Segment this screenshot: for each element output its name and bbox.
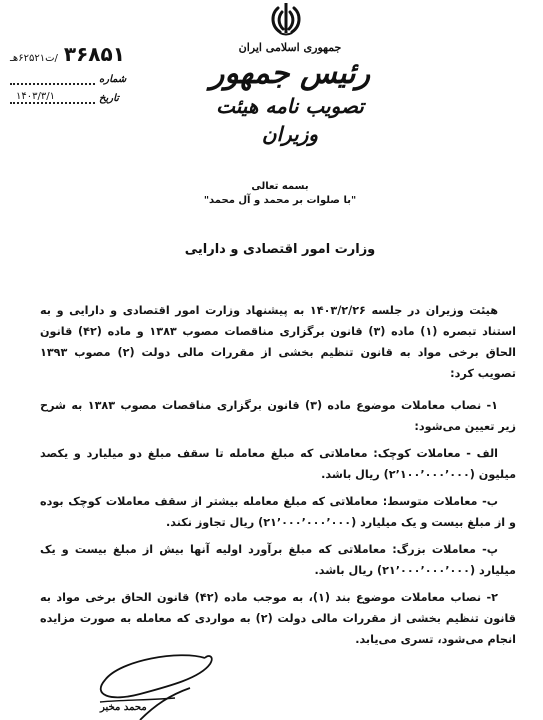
clause-1: ۱- نصاب معاملات موضوع ماده (۳) قانون برگ… bbox=[40, 395, 516, 437]
reference-block: /ت۶۲۵۲۱هـ ۳۶۸۵۱ شماره ۱۴۰۳/۳/۱ تاریخ bbox=[10, 42, 160, 104]
country-name: جمهوری اسلامی ایران bbox=[200, 40, 380, 56]
number-dotted-line bbox=[10, 73, 95, 85]
clause-1-a: الف - معاملات کوچک: معاملاتی که مبلغ معا… bbox=[40, 443, 516, 485]
reference-number: ۳۶۸۵۱ bbox=[64, 42, 125, 66]
salutation: بسمه تعالی "با صلوات بر محمد و آل محمد" bbox=[180, 180, 380, 208]
date-label: تاریخ bbox=[99, 93, 119, 104]
date-value: ۱۴۰۳/۳/۱ bbox=[10, 92, 95, 104]
number-label: شماره bbox=[99, 74, 126, 85]
clause-1-b: ب- معاملات متوسط: معاملاتی که مبلغ معامل… bbox=[40, 491, 516, 533]
intro-paragraph: هیئت وزیران در جلسه ۱۴۰۳/۲/۲۶ به پیشنهاد… bbox=[40, 300, 516, 384]
letterhead-title: جمهوری اسلامی ایران رئیس جمهور تصویب نام… bbox=[200, 40, 380, 148]
date-field: ۱۴۰۳/۳/۱ تاریخ bbox=[10, 87, 160, 104]
decree-page: جمهوری اسلامی ایران رئیس جمهور تصویب نام… bbox=[0, 0, 543, 720]
number-field: شماره bbox=[10, 68, 160, 85]
office-title: رئیس جمهور bbox=[200, 56, 380, 92]
decree-body: هیئت وزیران در جلسه ۱۴۰۳/۲/۲۶ به پیشنهاد… bbox=[40, 300, 516, 661]
reference-code: /ت۶۲۵۲۱هـ bbox=[10, 53, 58, 64]
salutation-line-2: "با صلوات بر محمد و آل محمد" bbox=[180, 194, 380, 208]
document-type: تصویب نامه هیئت وزیران bbox=[200, 92, 380, 148]
signer-name: محمد مخبر bbox=[100, 702, 147, 713]
clause-2: ۲- نصاب معاملات موضوع بند (۱)، به موجب م… bbox=[40, 587, 516, 650]
addressee: وزارت امور اقتصادی و دارایی bbox=[150, 242, 410, 257]
clause-1-c: پ- معاملات بزرگ: معاملاتی که مبلغ برآورد… bbox=[40, 539, 516, 581]
salutation-line-1: بسمه تعالی bbox=[180, 180, 380, 194]
iran-emblem-icon bbox=[268, 2, 304, 36]
